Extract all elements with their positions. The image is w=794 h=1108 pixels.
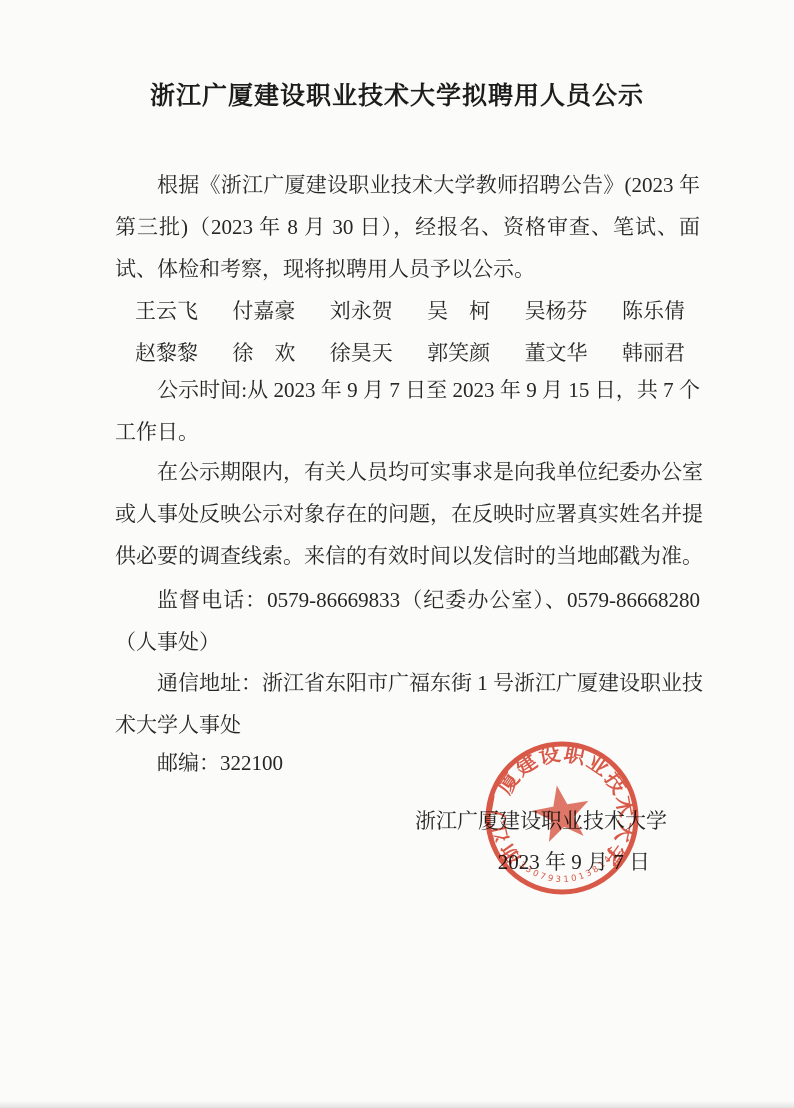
candidate-name: 郭笑颜 (427, 332, 490, 374)
candidate-name: 韩丽君 (622, 332, 685, 374)
paragraph-line: 试、体检和考察，现将拟聘用人员予以公示。 (115, 248, 700, 290)
candidate-name: 徐昊天 (330, 332, 393, 374)
scanned-notice-page: 浙江广厦建设职业技术大学拟聘用人员公示 根据《浙江广厦建设职业技术大学教师招聘公… (0, 0, 794, 1108)
page-title: 浙江广厦建设职业技术大学拟聘用人员公示 (0, 76, 794, 112)
candidate-name: 赵黎黎 (135, 332, 198, 374)
paragraph-line: （人事处） (115, 621, 700, 663)
candidate-name-list: 王云飞 付嘉豪 刘永贺 吴 柯 吴杨芬 陈乐倩 赵黎黎 徐 欢 徐昊天 郭笑颜 … (135, 290, 685, 374)
paragraph-line: 公示时间:从 2023 年 9 月 7 日至 2023 年 9 月 15 日，共… (115, 369, 700, 411)
postal-address-paragraph: 通信地址：浙江省东阳市广福东街 1 号浙江广厦建设职业技 术大学人事处 (115, 662, 700, 746)
postal-code-paragraph: 邮编：322100 (115, 742, 700, 784)
candidate-name: 董文华 (525, 332, 588, 374)
candidate-name: 王云飞 (135, 290, 198, 332)
candidate-name: 刘永贺 (330, 290, 393, 332)
paragraph-line: 邮编：322100 (115, 742, 700, 784)
candidate-row: 王云飞 付嘉豪 刘永贺 吴 柯 吴杨芬 陈乐倩 (135, 290, 685, 332)
paragraph-line: 工作日。 (115, 411, 700, 453)
signature-date: 2023 年 9 月 7 日 (498, 841, 650, 883)
feedback-paragraph: 在公示期限内，有关人员均可实事求是向我单位纪委办公室 或人事处反映公示对象存在的… (115, 451, 700, 577)
intro-paragraph: 根据《浙江广厦建设职业技术大学教师招聘公告》(2023 年 第三批)（2023 … (115, 164, 700, 290)
scan-bottom-shadow (0, 1101, 794, 1108)
publicity-period-paragraph: 公示时间:从 2023 年 9 月 7 日至 2023 年 9 月 15 日，共… (115, 369, 700, 453)
paragraph-line: 或人事处反映公示对象存在的问题，在反映时应署真实姓名并提 (115, 493, 700, 535)
candidate-name: 吴 柯 (427, 290, 490, 332)
paragraph-line: 根据《浙江广厦建设职业技术大学教师招聘公告》(2023 年 (115, 164, 700, 206)
candidate-name: 陈乐倩 (622, 290, 685, 332)
signature-organization: 浙江广厦建设职业技术大学 (415, 800, 667, 842)
candidate-name: 付嘉豪 (232, 290, 295, 332)
candidate-name: 吴杨芬 (525, 290, 588, 332)
paragraph-line: 术大学人事处 (115, 704, 700, 746)
candidate-row: 赵黎黎 徐 欢 徐昊天 郭笑颜 董文华 韩丽君 (135, 332, 685, 374)
paragraph-line: 通信地址：浙江省东阳市广福东街 1 号浙江广厦建设职业技 (115, 662, 700, 704)
paragraph-line: 第三批)（2023 年 8 月 30 日），经报名、资格审查、笔试、面 (115, 206, 700, 248)
candidate-name: 徐 欢 (232, 332, 295, 374)
paragraph-line: 监督电话：0579-86669833（纪委办公室）、0579-86668280 (115, 579, 700, 621)
paragraph-line: 供必要的调查线索。来信的有效时间以发信时的当地邮戳为准。 (115, 535, 700, 577)
supervision-phone-paragraph: 监督电话：0579-86669833（纪委办公室）、0579-86668280 … (115, 579, 700, 663)
paragraph-line: 在公示期限内，有关人员均可实事求是向我单位纪委办公室 (115, 451, 700, 493)
